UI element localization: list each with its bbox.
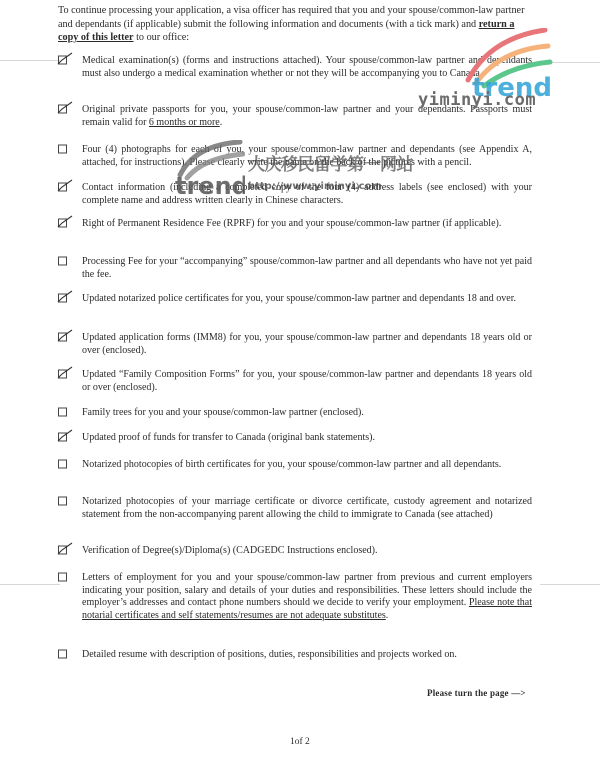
checklist-item-text: Letters of employment for you and your s… [82,572,532,622]
checked-box-icon[interactable] [58,333,67,342]
checklist-item-text: Updated application forms (IMM8) for you… [82,332,532,357]
checklist-item-text: Processing Fee for your “accompanying” s… [82,256,532,281]
checked-box-icon[interactable] [58,56,67,65]
scan-artifact [540,584,600,585]
scan-artifact [0,584,60,585]
intro-text-suffix: to our office: [134,32,190,43]
checklist-item-text: Notarized photocopies of birth certifica… [82,459,532,472]
checklist-item-text: Updated notarized police certificates fo… [82,293,532,306]
turn-page-note: Please turn the page —> [427,688,526,698]
scan-artifact [0,60,60,61]
checklist-item-text: Right of Permanent Residence Fee (RPRF) … [82,218,532,231]
checklist-item-text: Detailed resume with description of posi… [82,649,532,662]
checkbox-icon[interactable] [58,460,67,469]
checked-box-icon[interactable] [58,294,67,303]
checkbox-icon[interactable] [58,145,67,154]
checklist-item-text: Notarized photocopies of your marriage c… [82,496,532,521]
trend-logo-watermark: trend [450,28,560,98]
checklist-item-text: Updated proof of funds for transfer to C… [82,432,532,445]
checkbox-icon[interactable] [58,408,67,417]
checklist-item-text: Updated “Family Composition Forms” for y… [82,369,532,394]
checked-box-icon[interactable] [58,219,67,228]
checked-box-icon[interactable] [58,183,67,192]
watermark-site: yiminyi.com [418,90,536,110]
trend-logo-watermark-2: trend [165,140,245,195]
checked-box-icon[interactable] [58,433,67,442]
checked-box-icon[interactable] [58,105,67,114]
svg-text:trend: trend [175,172,245,195]
intro-text: To continue processing your application,… [58,5,524,30]
checked-box-icon[interactable] [58,546,67,555]
letter-page: To continue processing your application,… [0,0,600,771]
checklist-item-text: Verification of Degree(s)/Diploma(s) (CA… [82,545,532,558]
checkbox-icon[interactable] [58,650,67,659]
checkbox-icon[interactable] [58,497,67,506]
checkbox-icon[interactable] [58,257,67,266]
checkbox-icon[interactable] [58,573,67,582]
checked-box-icon[interactable] [58,370,67,379]
watermark-url: http://www.yiminyi.com [248,181,382,192]
checklist-item-text: Family trees for you and your spouse/com… [82,407,532,420]
watermark-chinese: 大庆移民留学第一网站 [248,150,413,175]
page-number: 1of 2 [290,737,310,747]
